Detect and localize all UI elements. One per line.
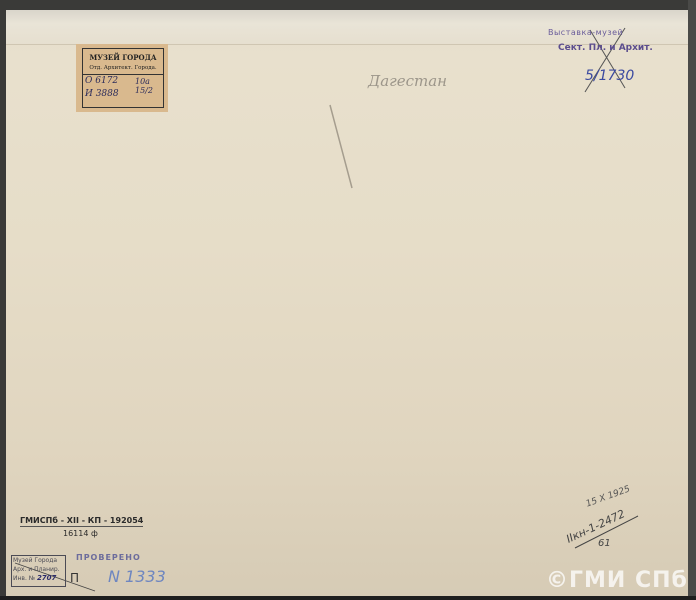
box-stamp-inv-value: 2707 [37, 574, 56, 582]
label-title: МУЗЕЙ ГОРОДА [83, 53, 163, 62]
exhibition-stamp-line2: Сект. Пл. и Архит. [558, 43, 653, 53]
label-subtitle: Отд. Архитект. Города. [83, 65, 163, 75]
box-stamp: Музей Города Арх. и Планир. Инв. № 2707 [11, 555, 66, 587]
pencil-number: 61 [598, 538, 611, 549]
museum-label: МУЗЕЙ ГОРОДА Отд. Архитект. Города. О 61… [76, 44, 168, 112]
box-stamp-inv-label: Инв. № [13, 575, 35, 582]
label-side-note: 10a 15/2 [135, 77, 163, 95]
pencil-title: Дагестан [368, 72, 447, 90]
letter-mark: П [70, 571, 79, 585]
bottom-number: N 1333 [108, 567, 166, 586]
top-inventory-number: 5/1730 [585, 68, 634, 84]
box-stamp-line2: Арх. и Планир. [13, 565, 65, 574]
exhibition-stamp-line1: Выставка-музей [548, 28, 623, 37]
checked-stamp: ПРОВЕРЕНО [76, 553, 141, 562]
box-stamp-line1: Музей Города [13, 556, 65, 565]
copyright-watermark: ©ГМИ СПб [546, 568, 688, 593]
inventory-code: ГМИСПб - XII - КП - 192054 [20, 516, 143, 527]
inventory-sub: 16114 ф [63, 529, 98, 538]
